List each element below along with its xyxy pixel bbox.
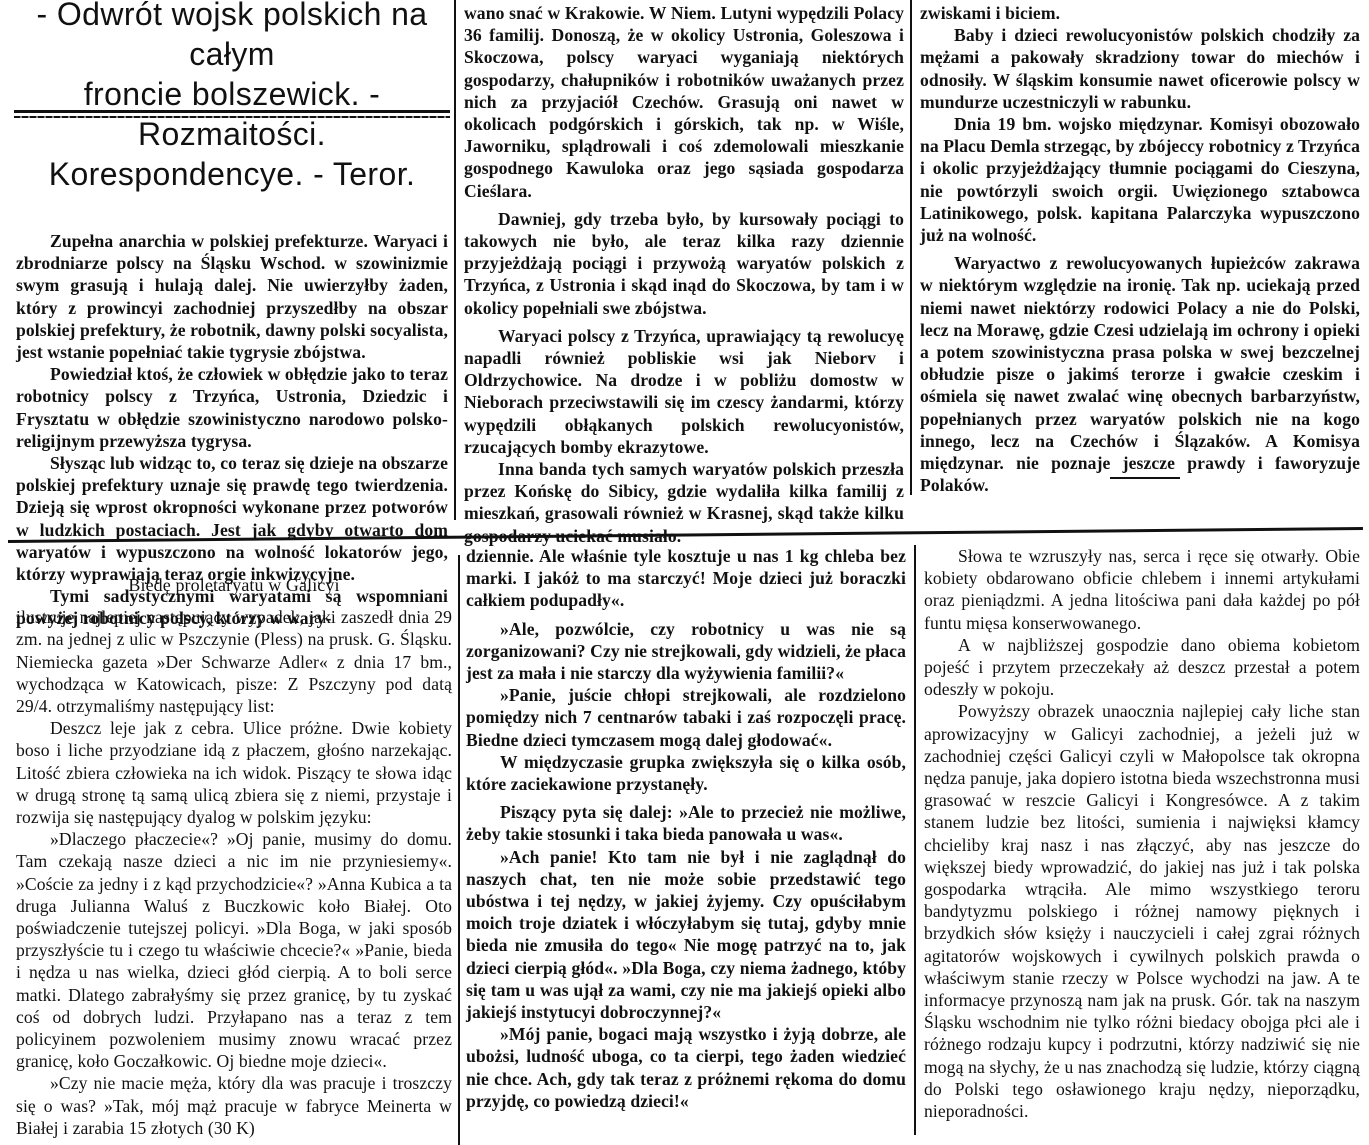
article-paragraph: Powyższy obrazek unaocznia najlepiej cał… (924, 700, 1360, 1122)
article-subheading: Biedę proletaryatu w Galicyi (16, 574, 452, 596)
article-paragraph: W międzyczasie grupka zwiększyła się o k… (466, 751, 906, 795)
column-divider (454, 0, 456, 520)
article-paragraph: »Panie, juście chłopi strejkowali, ale r… (466, 684, 906, 751)
headline-line-2: froncie bolszewick. - Rozmaitości. (16, 74, 448, 154)
headline-line-1: - Odwrót wojsk polskich na całym (16, 0, 448, 74)
article-paragraph: Piszący pyta się dalej: »Ale to przecież… (466, 801, 906, 845)
article-paragraph: Powiedział ktoś, że człowiek w obłędzie … (16, 363, 448, 452)
article-paragraph: Słowa te wzruszyły nas, serca i ręce się… (924, 545, 1360, 634)
top-column-3: zwiskami i biciem. Baby i dzieci rewoluc… (920, 2, 1360, 496)
article-paragraph: wano snać w Krakowie. W Niem. Lutyni wyp… (464, 2, 904, 202)
column-divider (910, 0, 912, 495)
article-paragraph: Dnia 19 bm. wojsko międzynar. Komisyi ob… (920, 113, 1360, 246)
section-end-rule (1110, 477, 1180, 479)
article-paragraph: »Czy nie macie męża, który dla was pracu… (16, 1072, 452, 1139)
article-paragraph: Waryaci polscy z Trzyńca, uprawiający tą… (464, 325, 904, 458)
headline-rule-dotted (14, 116, 450, 118)
article-paragraph: »Dlaczego płaczecie«? »Oj panie, musimy … (16, 828, 452, 1072)
bottom-column-2: dziennie. Ale właśnie tyle kosztuje u na… (466, 545, 906, 1112)
article-paragraph: Baby i dzieci rewolucyonistów polskich c… (920, 24, 1360, 113)
column-divider (458, 555, 460, 1145)
column-divider (914, 545, 916, 1135)
article-paragraph: Dawniej, gdy trzeba było, by kursowały p… (464, 208, 904, 319)
bottom-column-3: Słowa te wzruszyły nas, serca i ręce się… (924, 545, 1360, 1122)
article-paragraph: »Ach panie! Kto tam nie był i nie zagląd… (466, 846, 906, 1024)
article-paragraph: »Ale, pozwólcie, czy robotnicy u was nie… (466, 618, 906, 685)
article-paragraph: Waryactwo z rewolucyowanych łupieżców za… (920, 252, 1360, 496)
top-column-2: wano snać w Krakowie. W Niem. Lutyni wyp… (464, 2, 904, 547)
article-paragraph: dziennie. Ale właśnie tyle kosztuje u na… (466, 545, 906, 612)
article-paragraph: Deszcz leje jak z cebra. Ulice próżne. D… (16, 717, 452, 828)
article-paragraph: ilustruje najlepiej następujący wypadek,… (16, 606, 452, 717)
top-column-1: - Odwrót wojsk polskich na całym froncie… (16, 0, 448, 630)
article-paragraph: A w najbliższej gospodzie dano obiema ko… (924, 634, 1360, 701)
article-paragraph: Zupełna anarchia w polskiej prefekturze.… (16, 230, 448, 363)
article-paragraph: zwiskami i biciem. (920, 2, 1360, 24)
headline-rule (14, 110, 450, 113)
headline-line-3: Korespondencye. - Teror. (16, 154, 448, 194)
article-paragraph: »Mój panie, bogaci mają wszystko i żyją … (466, 1023, 906, 1112)
bottom-column-1: Biedę proletaryatu w Galicyi ilustruje n… (16, 560, 452, 1139)
